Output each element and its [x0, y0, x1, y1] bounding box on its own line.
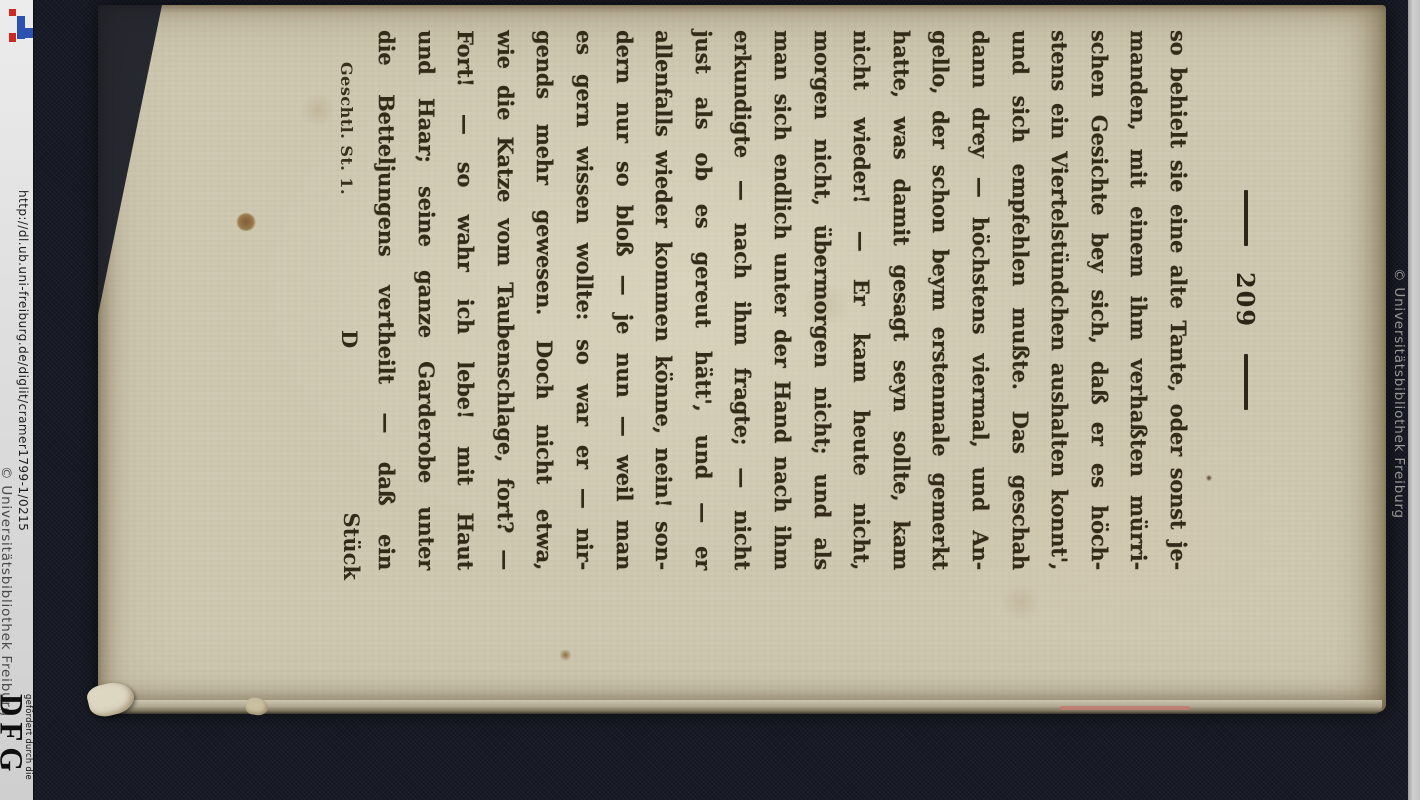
source-url-text: http://dl.ub.uni-freiburg.de/diglit/cram… — [16, 190, 30, 582]
text-line: dern nur so bloß — je nun — weil man — [604, 30, 644, 570]
text-line: man sich endlich unter der Hand nach ihm — [762, 30, 802, 570]
page-edge-red-tint — [1060, 706, 1190, 710]
text-line: gends mehr gewesen. Doch nicht etwa, — [525, 30, 565, 570]
text-line: morgen nicht, übermorgen nicht; und als — [802, 30, 842, 570]
dfg-logo-letters: DFG — [0, 694, 24, 800]
right-edge-strip — [1408, 0, 1420, 800]
text-line: so behielt sie eine alte Tante, oder son… — [1158, 30, 1198, 570]
dfg-logo: gefördert durch die DFG — [0, 694, 33, 800]
body-lines: so behielt sie eine alte Tante, oder son… — [367, 30, 1198, 570]
text-line: schen Gesichte bey sich, daß er es höch- — [1079, 30, 1119, 570]
text-line: Fort! — so wahr ich lebe! mit Haut — [446, 30, 486, 570]
logo-red-square — [9, 33, 16, 42]
rotated-page-content: 209 so behielt sie eine alte Tante, oder… — [98, 5, 1386, 712]
text-line: manden, mit einem ihm verhaßten mürri- — [1119, 30, 1159, 570]
text-line: dann drey — höchstens viermal, und An- — [960, 30, 1000, 570]
sheet-signature: D — [337, 330, 362, 348]
text-line: wie die Katze vom Taubenschlage, fort? — — [485, 30, 525, 570]
logo-blue-bar — [17, 16, 25, 39]
text-line: erkundigte — nach ihm fragte; — nicht — [723, 30, 763, 570]
text-line: gello, der schon beym erstenmale gemerkt — [921, 30, 961, 570]
logo-red-square — [9, 9, 16, 16]
text-line: die Betteljungens vertheilt — daß ein — [367, 30, 407, 570]
left-metadata-strip: http://dl.ub.uni-freiburg.de/diglit/cram… — [0, 0, 34, 800]
header-dash-left — [1244, 190, 1248, 246]
catchword: Stück — [339, 513, 364, 580]
text-line: allenfalls wieder kommen könne, nein! so… — [644, 30, 684, 570]
text-line: just als ob es gereut hätt', und — er — [683, 30, 723, 570]
text-line: es gern wissen wollte: so war er — nir- — [565, 30, 605, 570]
copyright-text-right: © Universitätsbibliothek Freiburg — [1391, 268, 1407, 519]
text-line: stens ein Viertelstündchen aushalten kon… — [1040, 30, 1080, 570]
signature-title: Geschtl. St. 1. — [337, 62, 356, 195]
scan-viewer-screenshot: 209 so behielt sie eine alte Tante, oder… — [0, 0, 1420, 800]
text-line: nicht wieder! — Er kam heute nicht, — [842, 30, 882, 570]
header-dash-right — [1244, 354, 1248, 410]
copyright-text-left: © Universitätsbibliothek Freiburg — [0, 466, 14, 717]
book-page-scan: 209 so behielt sie eine alte Tante, oder… — [98, 5, 1386, 712]
page-text-block: 209 so behielt sie eine alte Tante, oder… — [330, 30, 1262, 570]
text-line: und sich empfehlen mußte. Das geschah — [1000, 30, 1040, 570]
page-header: 209 — [1230, 30, 1262, 570]
page-footer: Geschtl. St. 1. D Stück — [330, 30, 364, 570]
logo-blue-bar — [25, 28, 33, 38]
page-number: 209 — [1232, 272, 1261, 328]
text-line: hatte, was damit gesagt seyn sollte, kam — [881, 30, 921, 570]
text-line: und Haar; seine ganze Garderobe unter — [406, 30, 446, 570]
